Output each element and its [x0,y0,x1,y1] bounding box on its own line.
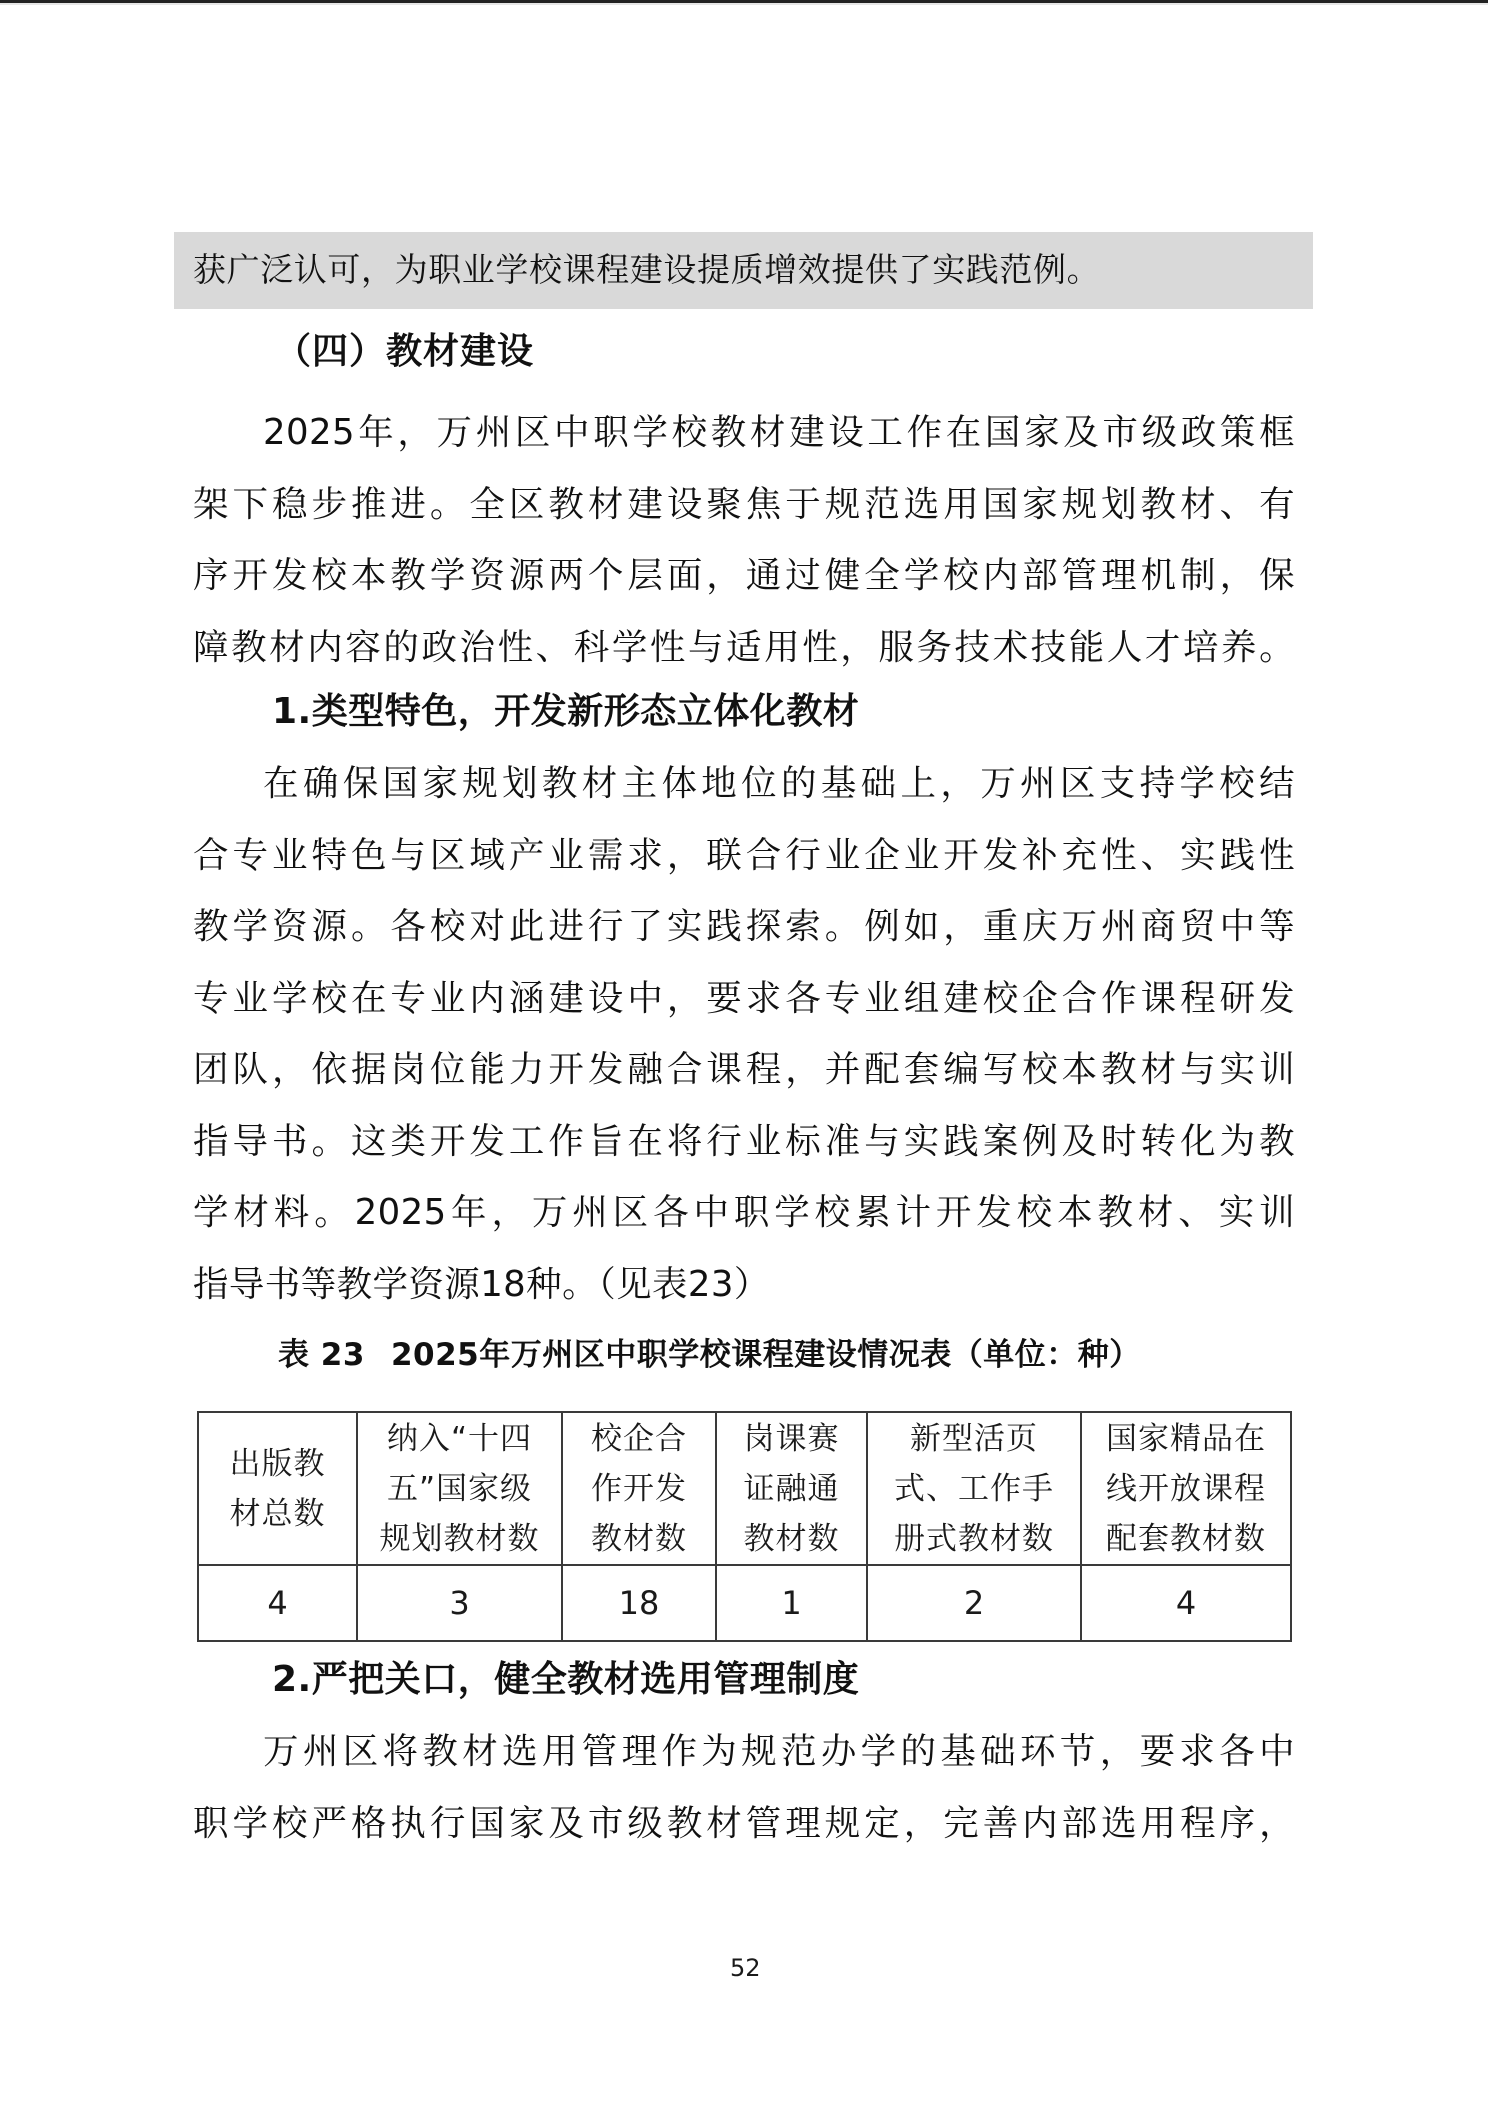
paragraph-line: 架下稳步推进。全区教材建设聚焦于规范选用国家规划教材、有 [193,469,1295,541]
paragraph-line: 2025年，万州区中职学校教材建设工作在国家及市级政策框 [193,397,1295,469]
carryover-text: 获广泛认可，为职业学校课程建设提质增效提供了实践范例。 [193,250,1100,290]
paragraph-line: 障教材内容的政治性、科学性与适用性，服务技术技能人才培养。 [193,612,1295,684]
table-row: 4 3 18 1 2 4 [198,1565,1291,1641]
header-cell-post-course-integration: 岗课赛 证融通 教材数 [716,1412,867,1565]
header-cell-loose-leaf-workbook: 新型活页 式、工作手 册式教材数 [867,1412,1081,1565]
paragraph-line: 在确保国家规划教材主体地位的基础上，万州区支持学校结 [193,748,1295,820]
paragraph-line: 职学校严格执行国家及市级教材管理规定，完善内部选用程序， [193,1788,1295,1860]
section-heading: （四）教材建设 [275,330,534,374]
section-intro-paragraph: 2025年，万州区中职学校教材建设工作在国家及市级政策框 架下稳步推进。全区教材… [193,397,1295,683]
paragraph-line: 指导书等教学资源18种。（见表23） [193,1249,1295,1321]
table-caption: 表 232025年万州区中职学校课程建设情况表（单位：种） [278,1335,1141,1375]
table-header-row: 出版教 材总数 纳入“十四 五”国家级 规划教材数 校企合 作开发 教材数 岗课… [198,1412,1291,1565]
paragraph-line: 教学资源。各校对此进行了实践探索。例如，重庆万州商贸中等 [193,891,1295,963]
value-cell-school-enterprise: 18 [562,1565,716,1641]
page-top-border-shadow [0,3,1488,5]
value-cell-loose-leaf-workbook: 2 [867,1565,1081,1641]
header-cell-published-total: 出版教 材总数 [198,1412,357,1565]
paragraph-line: 万州区将教材选用管理作为规范办学的基础环节，要求各中 [193,1716,1295,1788]
value-cell-online-course-textbook: 4 [1081,1565,1291,1641]
header-cell-online-course-textbook: 国家精品在 线开放课程 配套教材数 [1081,1412,1291,1565]
table-caption-title: 2025年万州区中职学校课程建设情况表（单位：种） [391,1337,1141,1373]
paragraph-line: 序开发校本教学资源两个层面，通过健全学校内部管理机制，保 [193,540,1295,612]
highlighted-carryover-paragraph: 获广泛认可，为职业学校课程建设提质增效提供了实践范例。 [174,232,1313,309]
course-construction-table: 出版教 材总数 纳入“十四 五”国家级 规划教材数 校企合 作开发 教材数 岗课… [197,1411,1292,1642]
subsection-1-paragraph: 在确保国家规划教材主体地位的基础上，万州区支持学校结 合专业特色与区域产业需求，… [193,748,1295,1320]
value-cell-published-total: 4 [198,1565,357,1641]
subsection-1-heading: 1.类型特色，开发新形态立体化教材 [272,690,859,734]
page-number: 52 [730,1953,761,1983]
paragraph-line: 学材料。2025年，万州区各中职学校累计开发校本教材、实训 [193,1177,1295,1249]
header-cell-national-plan: 纳入“十四 五”国家级 规划教材数 [357,1412,562,1565]
subsection-2-paragraph: 万州区将教材选用管理作为规范办学的基础环节，要求各中 职学校严格执行国家及市级教… [193,1716,1295,1859]
paragraph-line: 合专业特色与区域产业需求，联合行业企业开发补充性、实践性 [193,820,1295,892]
table-caption-label: 表 23 [278,1337,365,1373]
paragraph-line: 团队，依据岗位能力开发融合课程，并配套编写校本教材与实训 [193,1034,1295,1106]
value-cell-national-plan: 3 [357,1565,562,1641]
value-cell-post-course-integration: 1 [716,1565,867,1641]
paragraph-line: 专业学校在专业内涵建设中，要求各专业组建校企合作课程研发 [193,963,1295,1035]
subsection-2-heading: 2.严把关口，健全教材选用管理制度 [272,1658,859,1702]
paragraph-line: 指导书。这类开发工作旨在将行业标准与实践案例及时转化为教 [193,1106,1295,1178]
header-cell-school-enterprise: 校企合 作开发 教材数 [562,1412,716,1565]
